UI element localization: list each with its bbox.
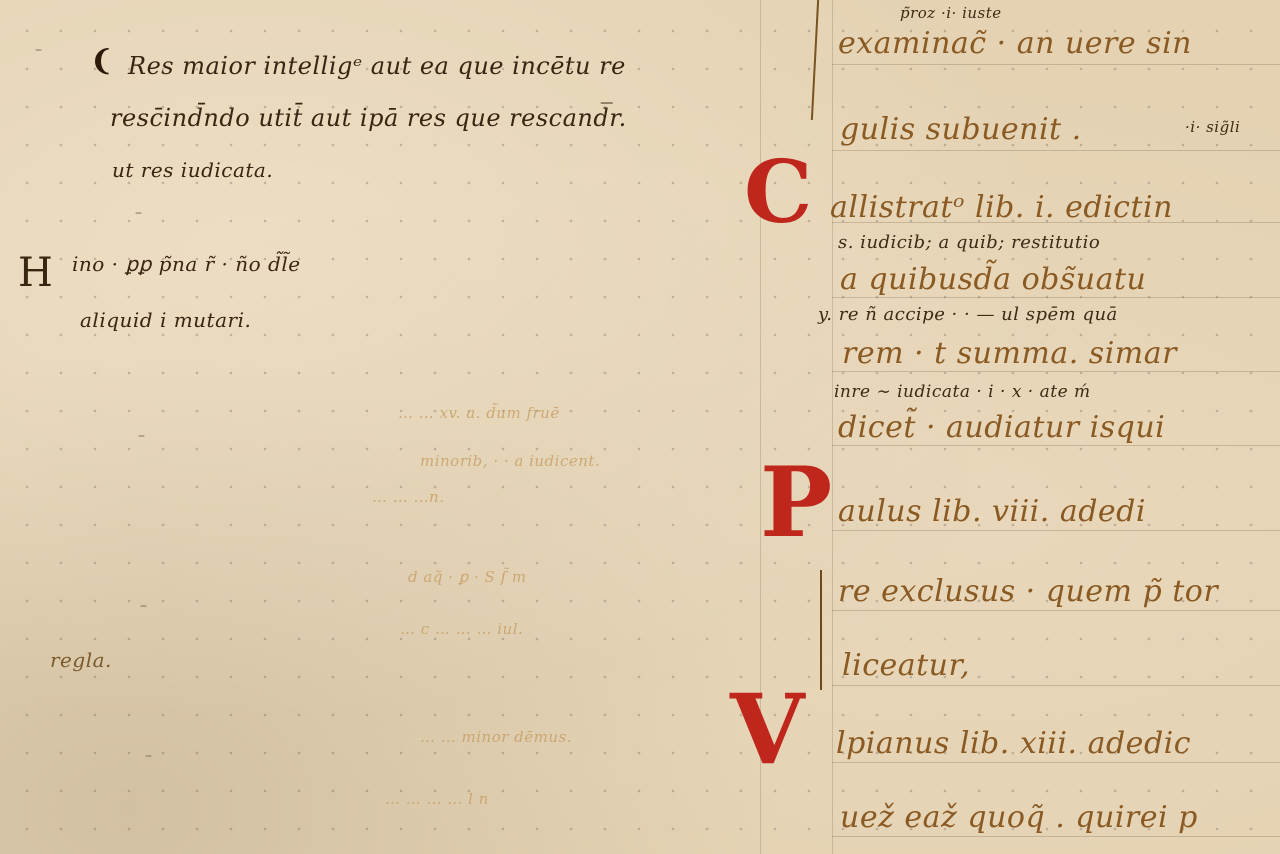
faded-gloss-line: minorib, · · a iudicent. [420,452,600,470]
ruling-line [832,445,1280,446]
ruling-line [832,685,1280,686]
paragraph-mark-icon: ❨ [90,44,113,77]
faded-gloss-line: d aq̃ · ꝑ · S ſ̃ m [408,568,527,586]
interlinear-gloss: s. iudicib; a quib; restitutio [838,232,1100,253]
interlinear-gloss: p̃roz ·i· iuste [900,4,1002,22]
marginal-note: regla. [50,648,112,672]
main-text-line: re exclusus · quem p̃ tor [838,574,1218,609]
main-text-line: uež eaž quoq̃ . quirei p [840,800,1198,835]
faded-gloss-line: … … minor dēmus. [420,728,572,746]
gloss-line: ut res iudicata. [112,158,273,182]
ruling-line [832,297,1280,298]
red-initial-v: V [730,682,804,778]
main-text-line: liceatur, [842,648,970,683]
reference-mark-icon [820,570,822,690]
main-text-line: lpianus lib. xiii. adedic [836,726,1191,761]
faded-gloss-line: … … xv. a. d̃um fruē [398,404,560,422]
ruling-line [832,371,1280,372]
red-initial-c: C [744,150,812,236]
gloss-initial: H [18,250,53,296]
main-text-line: dicet̃ · audiatur isqui [838,410,1165,445]
faded-gloss-line: … … … … l n [385,790,489,808]
main-text-line: examinac̃ · an uere sin [838,26,1192,61]
tick-mark: – [145,748,152,764]
ruling-line [832,836,1280,837]
main-text-line: a quibusd̃a obs̃uatu [840,262,1146,297]
tick-mark: – [138,428,145,444]
text-block-rule [832,0,833,854]
faded-gloss-line: … c … … … iul. [400,620,523,638]
faded-gloss-line: … … …n. [372,488,444,506]
ruling-line [832,530,1280,531]
tick-mark: – [35,42,42,58]
ruling-line [832,610,1280,611]
main-text-line: rem · t summa. simar [842,336,1177,371]
red-initial-p: P [760,455,832,551]
interlinear-gloss: inre ∼ iudicata · i · x · ate ḿ [834,382,1091,402]
main-text-line: allistratᵒ lib. i. edictin [830,190,1173,225]
manuscript-page: ❨ Res maior intelligᵉ aut ea que incētu … [0,0,1280,854]
main-text-line: aulus lib. viii. adedi [838,494,1146,529]
ruling-line [832,64,1280,65]
main-text-line: gulis subuenit . [840,112,1082,147]
gloss-line: aliquid i mutari. [80,308,251,332]
gloss-line: resc̄ind̄ndo utit̄ aut ipā res que resca… [110,104,627,132]
tick-mark: – [140,598,147,614]
interlinear-gloss: ·i· sig̃li [1185,118,1240,136]
gloss-line: ino · ꝑꝑ p̃na r̃ · ño d̃l̃e [72,252,301,276]
tick-mark: – [135,205,142,221]
ruling-line [832,150,1280,151]
interlinear-gloss: y. re ñ accipe · · — ul spēm quā [818,304,1118,325]
gloss-line: Res maior intelligᵉ aut ea que incētu re [128,52,626,80]
ruling-line [832,762,1280,763]
